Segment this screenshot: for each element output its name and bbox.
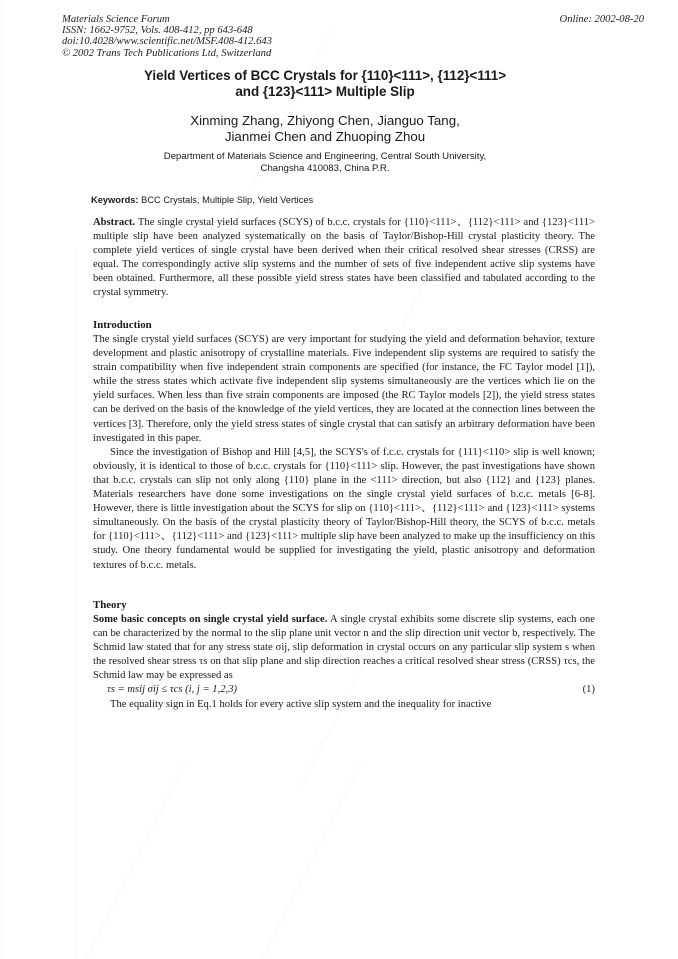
keywords: Keywords: BCC Crystals, Multiple Slip, Y… xyxy=(91,195,601,205)
equation-number: (1) xyxy=(583,683,595,697)
intro-paragraph-1: The single crystal yield surfaces (SCYS)… xyxy=(93,333,595,446)
journal-name: Materials Science Forum xyxy=(62,14,272,25)
doi-line: doi:10.4028/www.scientific.net/MSF.408-4… xyxy=(62,36,272,47)
abstract-text: The single crystal yield surfaces (SCYS)… xyxy=(93,217,595,298)
keywords-text: BCC Crystals, Multiple Slip, Yield Verti… xyxy=(141,195,313,205)
equation-text: τs = msij σij ≤ τcs (i, j = 1,2,3) xyxy=(107,683,237,697)
introduction-section: The single crystal yield surfaces (SCYS)… xyxy=(93,333,595,573)
abstract: Abstract. The single crystal yield surfa… xyxy=(93,216,595,301)
introduction-heading: Introduction xyxy=(93,318,595,332)
theory-section: Some basic concepts on single crystal yi… xyxy=(93,613,595,712)
title-line-2: and {123}<111> Multiple Slip xyxy=(100,84,550,100)
theory-heading: Theory xyxy=(93,598,595,612)
copyright-line: © 2002 Trans Tech Publications Ltd, Swit… xyxy=(62,48,272,59)
theory-paragraph-2: The equality sign in Eq.1 holds for ever… xyxy=(93,698,595,712)
title-line-1: Yield Vertices of BCC Crystals for {110}… xyxy=(100,68,550,84)
online-date: Online: 2002-08-20 xyxy=(560,14,644,25)
authors-line-2: Jianmei Chen and Zhuoping Zhou xyxy=(100,129,550,145)
affiliation: Department of Materials Science and Engi… xyxy=(100,151,550,174)
paper-title: Yield Vertices of BCC Crystals for {110}… xyxy=(100,68,550,100)
equation-1: τs = msij σij ≤ τcs (i, j = 1,2,3) (1) xyxy=(93,683,595,697)
intro-paragraph-2: Since the investigation of Bishop and Hi… xyxy=(93,446,595,573)
authors: Xinming Zhang, Zhiyong Chen, Jianguo Tan… xyxy=(100,113,550,145)
issn-line: ISSN: 1662-9752, Vols. 408-412, pp 643-6… xyxy=(62,25,272,36)
authors-line-1: Xinming Zhang, Zhiyong Chen, Jianguo Tan… xyxy=(100,113,550,129)
abstract-label: Abstract. xyxy=(93,217,135,228)
affiliation-line-2: Changsha 410083, China P.R. xyxy=(100,163,550,175)
journal-header: Materials Science Forum ISSN: 1662-9752,… xyxy=(62,14,272,59)
theory-subheading: Some basic concepts on single crystal yi… xyxy=(93,614,327,625)
affiliation-line-1: Department of Materials Science and Engi… xyxy=(100,151,550,163)
keywords-label: Keywords: xyxy=(91,195,139,205)
